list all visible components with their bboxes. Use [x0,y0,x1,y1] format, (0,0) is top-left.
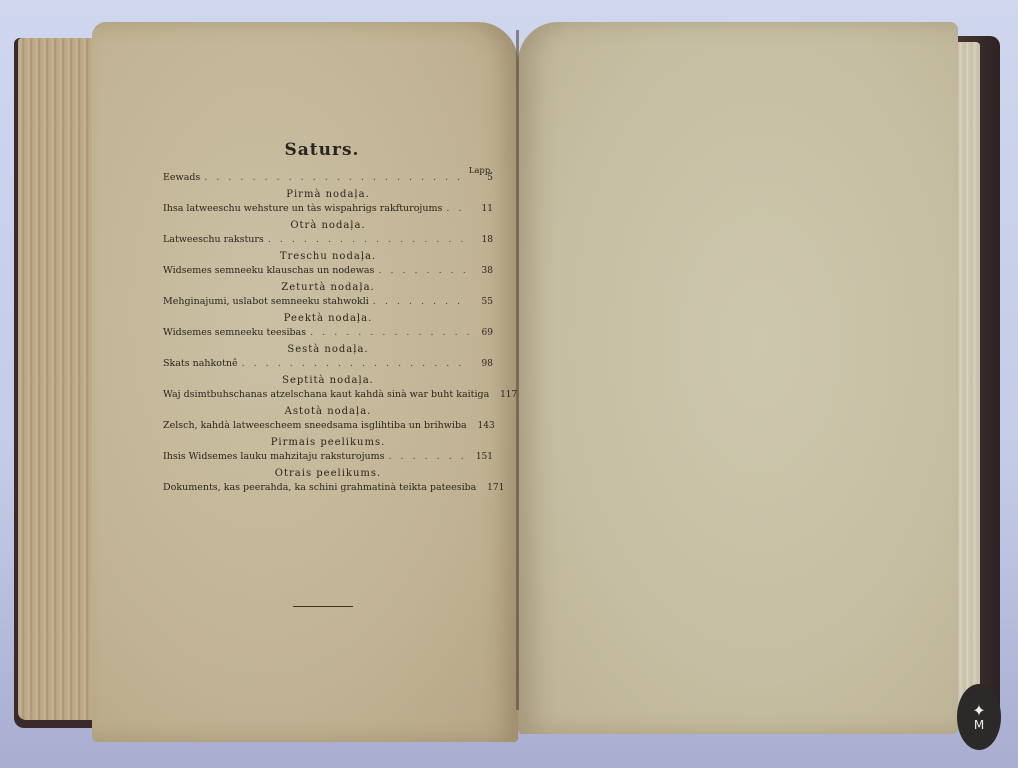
entry-page-number: 151 [473,452,493,462]
toc-entry: Latweeschu raksturs18 [163,234,493,245]
entry-page-number: 55 [473,297,493,307]
entry-page-number: 5 [473,173,493,183]
watermark-logo: ✦ M [957,684,1001,750]
chapter-heading: Treschu nodaļa. [163,251,493,262]
entry-title: Zelsch, kahdà latweescheem sneedsama isg… [163,420,467,431]
end-rule [293,606,353,607]
entry-page-number: 38 [473,266,493,276]
chapter-heading: Otrà nodaļa. [163,220,493,231]
entry-title: Ihsa latweeschu wehsture un tàs wispahri… [163,203,442,214]
entry-title: Skats nahkotnê [163,358,238,369]
toc-entry: Widsemes semneeku klauschas un nodewas38 [163,265,493,276]
chapter-heading: Astotà nodaļa. [163,406,493,417]
logo-letter: M [974,719,984,731]
entry-title: Mehginajumi, uslabot semneeku stahwokli [163,296,369,307]
toc-entry: Waj dsimtbuhschanas atzelschana kaut kah… [163,389,493,400]
toc-entry: Ihsis Widsemes lauku mahzitaju raksturoj… [163,451,493,462]
chapter-heading: Septità nodaļa. [163,375,493,386]
entry-title: Widsemes semneeku klauschas un nodewas [163,265,374,276]
entry-title: Eewads [163,172,200,183]
table-of-contents: Saturs. Lapp. Eewads5Pirmà nodaļa.Ihsa l… [163,140,493,493]
dot-leader [378,265,469,276]
toc-entry: Zelsch, kahdà latweescheem sneedsama isg… [163,420,493,431]
entry-page-number: 18 [473,235,493,245]
dot-leader [242,358,469,369]
toc-entry: Ihsa latweeschu wehsture un tàs wispahri… [163,203,493,214]
right-page-blank [518,22,958,734]
toc-title: Saturs. [151,140,493,160]
dot-leader [446,203,469,214]
book-gutter [516,30,519,710]
entry-page-number: 117 [497,390,517,400]
dot-leader [389,451,469,462]
toc-entry: Dokuments, kas peerahda, ka schini grahm… [163,482,493,493]
entry-page-number: 69 [473,328,493,338]
toc-entry: Skats nahkotnê98 [163,358,493,369]
chapter-heading: Otrais peelikums. [163,468,493,479]
dot-leader [373,296,469,307]
entry-page-number: 98 [473,359,493,369]
entry-title: Dokuments, kas peerahda, ka schini grahm… [163,482,476,493]
chapter-heading: Pirmà nodaļa. [163,189,493,200]
toc-entry: Widsemes semneeku teesibas69 [163,327,493,338]
chapter-heading: Pirmais peelikums. [163,437,493,448]
entry-page-number: 143 [475,421,495,431]
chapter-heading: Peektà nodaļa. [163,313,493,324]
toc-entry: Mehginajumi, uslabot semneeku stahwokli5… [163,296,493,307]
diamond-flower-icon: ✦ [972,703,985,719]
entry-page-number: 11 [473,204,493,214]
entry-title: Latweeschu raksturs [163,234,264,245]
chapter-heading: Zeturtà nodaļa. [163,282,493,293]
dot-leader [310,327,469,338]
entry-title: Ihsis Widsemes lauku mahzitaju raksturoj… [163,451,385,462]
entry-title: Waj dsimtbuhschanas atzelschana kaut kah… [163,389,489,400]
entry-title: Widsemes semneeku teesibas [163,327,306,338]
dot-leader [268,234,469,245]
chapter-heading: Sestà nodaļa. [163,344,493,355]
entry-page-number: 171 [484,483,504,493]
toc-entry: Eewads5 [163,172,493,183]
dot-leader [204,172,469,183]
toc-list: Eewads5Pirmà nodaļa.Ihsa latweeschu wehs… [163,172,493,493]
